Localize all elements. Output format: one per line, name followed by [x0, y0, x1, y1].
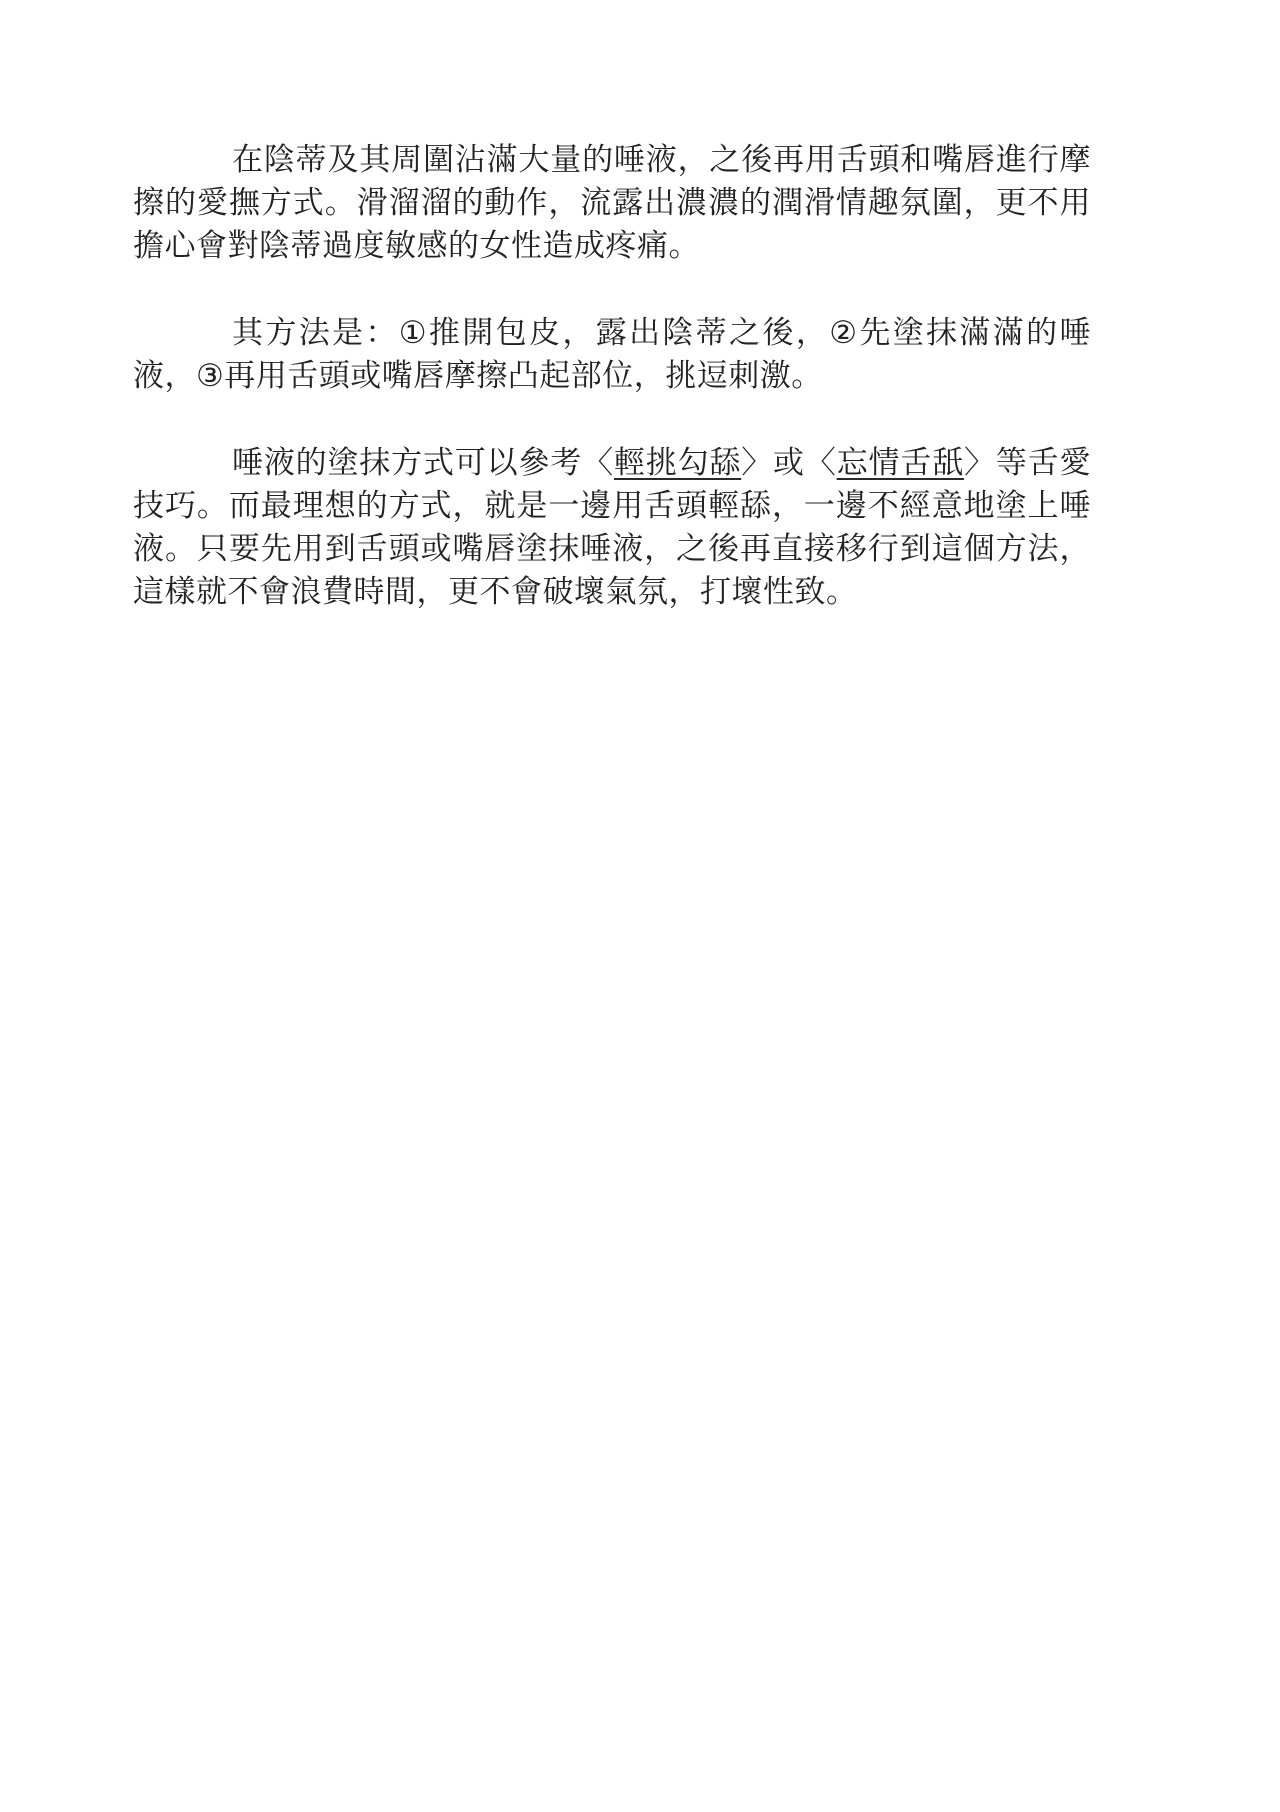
paragraph-2: 其方法是：①推開包皮，露出陰蒂之後，②先塗抹滿滿的唾液，③再用舌頭或嘴唇摩擦凸起… [133, 312, 1091, 398]
reference-title: 輕挑勾舔 [614, 445, 741, 481]
text-run: 唾液的塗抹方式可以參考〈 [232, 445, 614, 481]
text-run: 在陰蒂及其周圍沾滿大量的唾液，之後再用舌頭和嘴唇進行摩擦的愛撫方式。滑溜溜的動作… [133, 142, 1091, 264]
text-run: 〉或〈 [741, 445, 836, 481]
document-page: 在陰蒂及其周圍沾滿大量的唾液，之後再用舌頭和嘴唇進行摩擦的愛撫方式。滑溜溜的動作… [0, 0, 1280, 1812]
paragraph-1: 在陰蒂及其周圍沾滿大量的唾液，之後再用舌頭和嘴唇進行摩擦的愛撫方式。滑溜溜的動作… [133, 139, 1091, 268]
text-run: 其方法是：①推開包皮，露出陰蒂之後，②先塗抹滿滿的唾液，③再用舌頭或嘴唇摩擦凸起… [133, 315, 1091, 394]
text-content: 在陰蒂及其周圍沾滿大量的唾液，之後再用舌頭和嘴唇進行摩擦的愛撫方式。滑溜溜的動作… [133, 139, 1091, 614]
paragraph-3: 唾液的塗抹方式可以參考〈輕挑勾舔〉或〈忘情舌舐〉等舌愛技巧。而最理想的方式，就是… [133, 442, 1091, 614]
reference-title: 忘情舌舐 [837, 445, 964, 481]
